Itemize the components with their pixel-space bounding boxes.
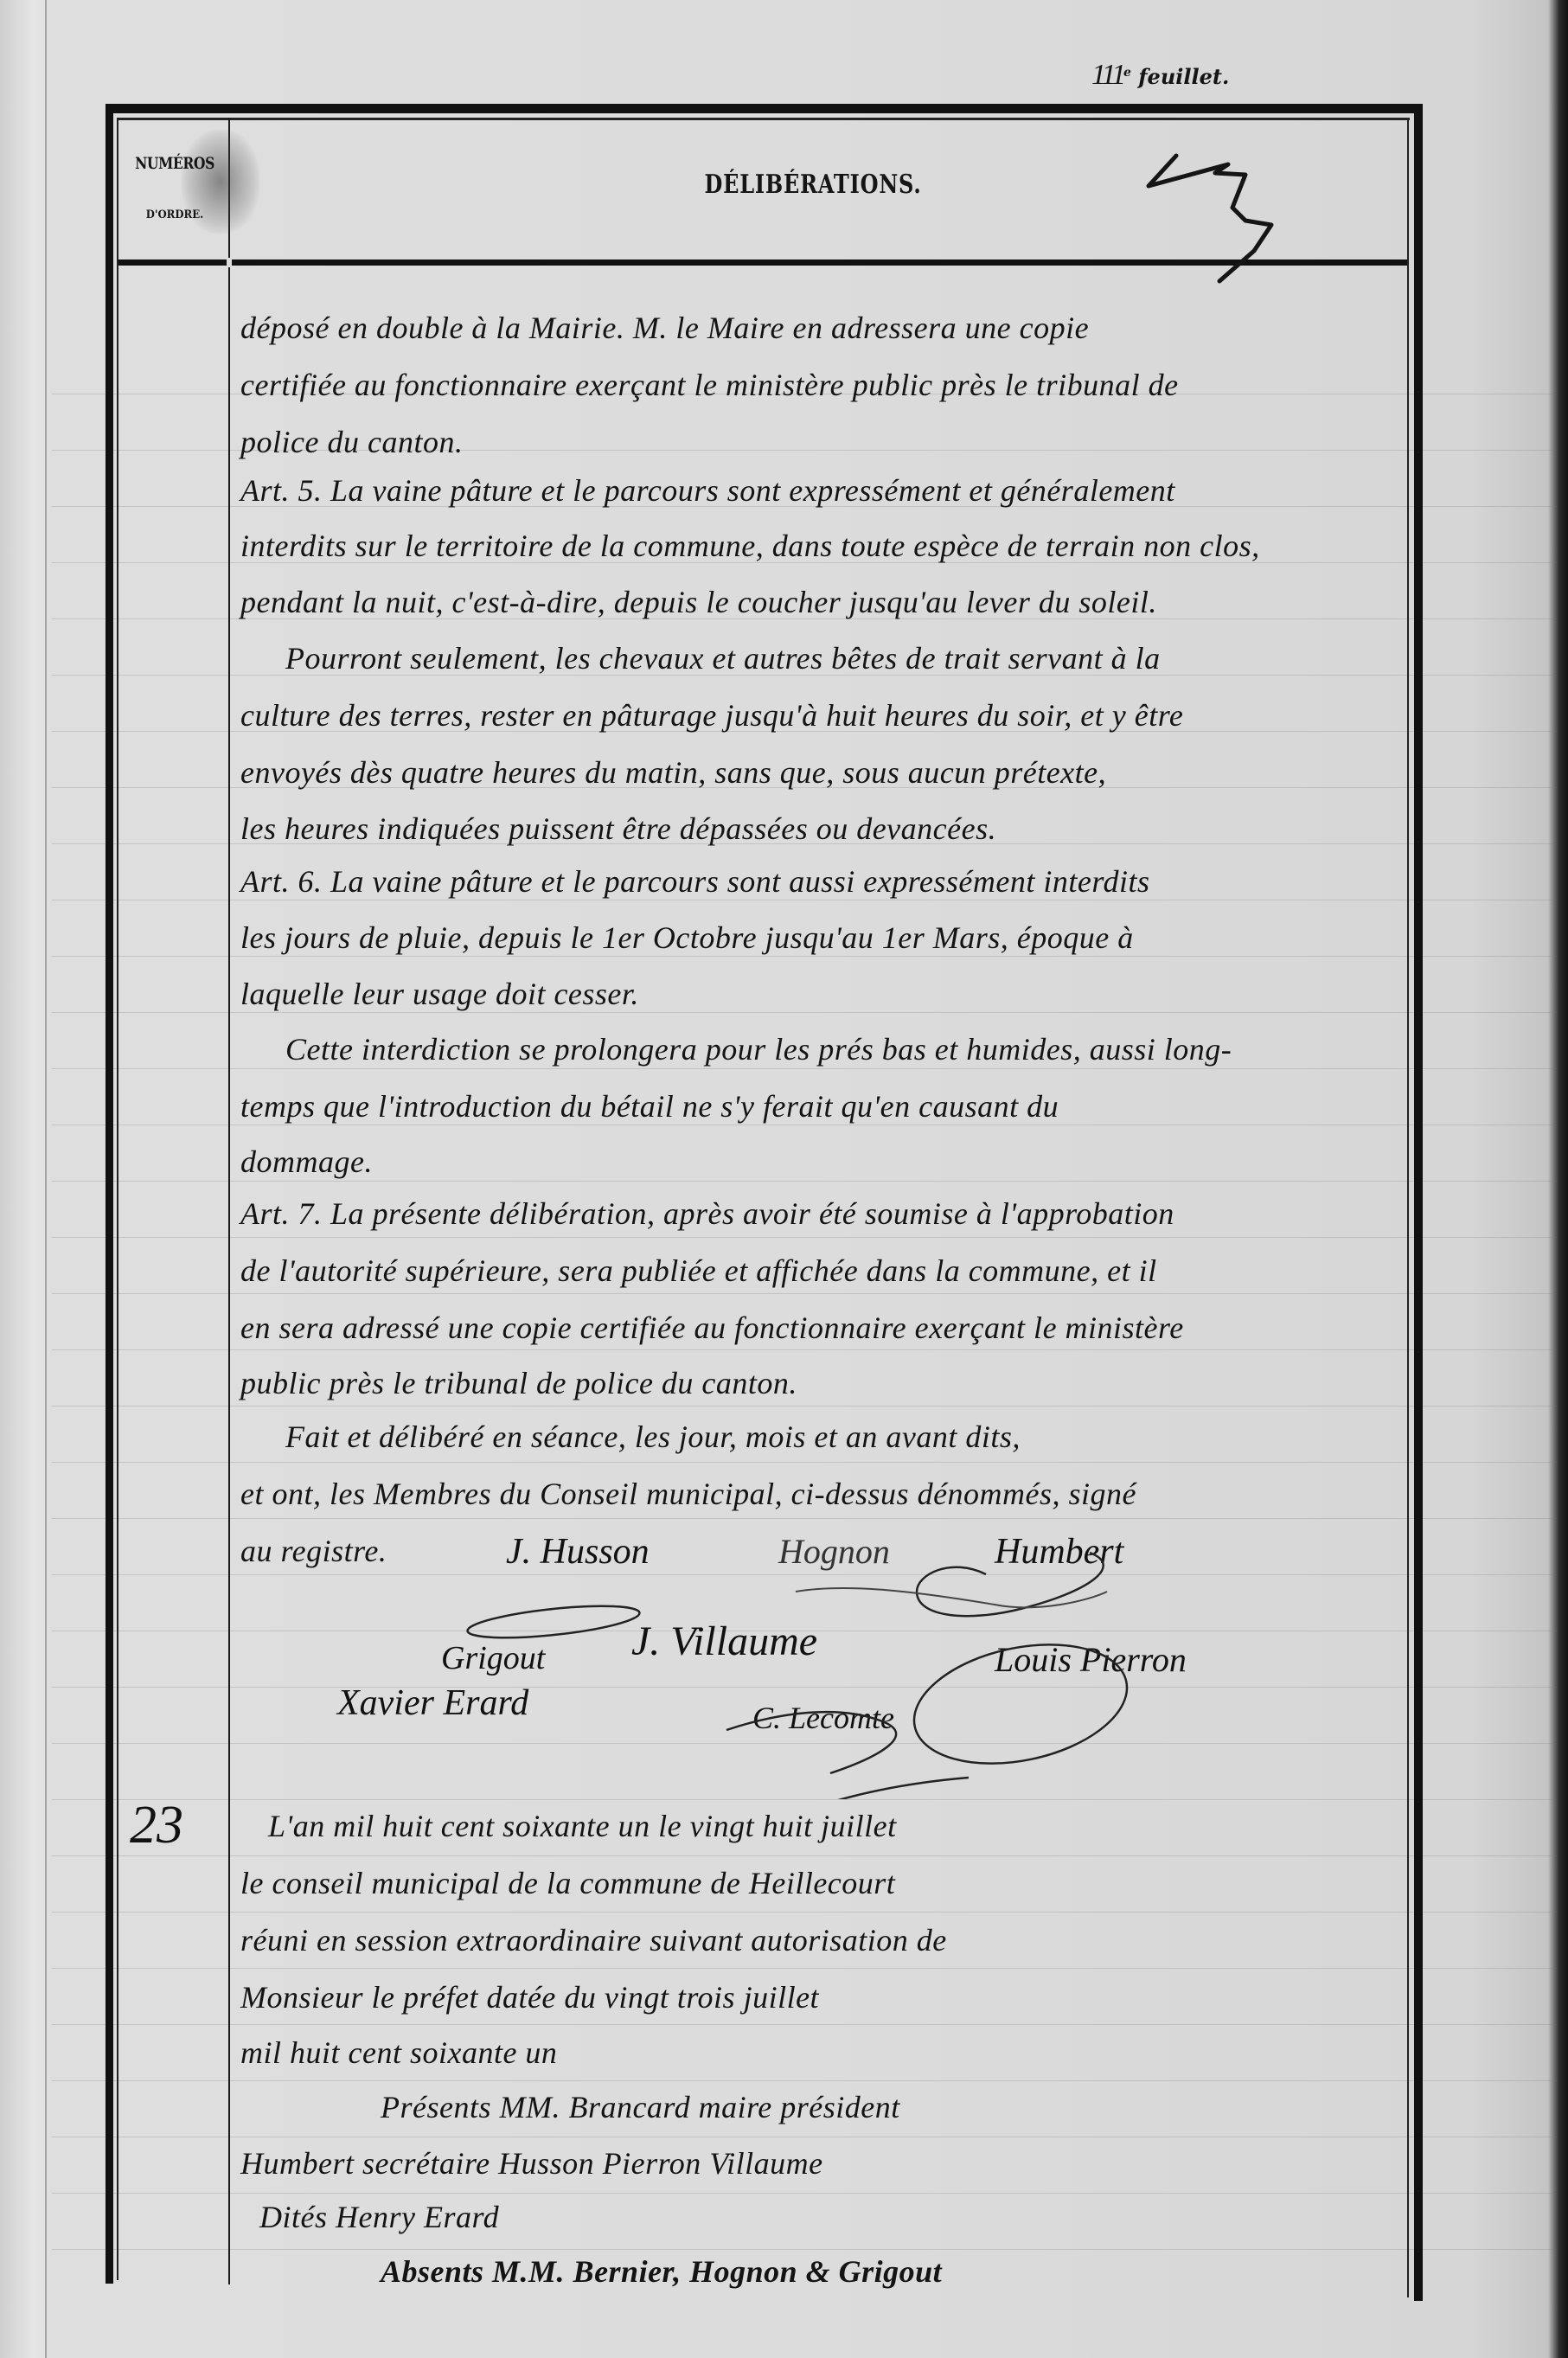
text-line: laquelle leur usage doit cesser.: [240, 976, 1404, 1012]
folio-suffix: e: [1123, 66, 1131, 80]
folio-label: feuillet.: [1138, 64, 1229, 89]
article-6-line: Art. 6. La vaine pâture et le parcours s…: [240, 863, 1404, 900]
text-line: déposé en double à la Mairie. M. le Mair…: [240, 310, 1404, 346]
ruled-line: [52, 1518, 1557, 1519]
page-binding-edge: [45, 0, 47, 2358]
text-line: interdits sur le territoire de la commun…: [240, 528, 1404, 564]
entry-text-line: Dités Henry Erard: [259, 2199, 1423, 2235]
frame-inner-right: [1407, 118, 1409, 2297]
entry-text-line: mil huit cent soixante un: [240, 2034, 1404, 2071]
ruled-line: [52, 1912, 1557, 1913]
text-line: pendant la nuit, c'est-à-dire, depuis le…: [240, 584, 1404, 620]
header-divider-gap: [227, 258, 232, 267]
text-line: Fait et délibéré en séance, les jour, mo…: [285, 1419, 1449, 1455]
ruled-line: [52, 1968, 1557, 1969]
column-header-deliberations: DÉLIBÉRATIONS.: [647, 170, 979, 200]
ruled-line: [52, 1293, 1557, 1294]
frame-border-left: [106, 104, 113, 2284]
ruled-line: [52, 1237, 1557, 1238]
text-line: de l'autorité supérieure, sera publiée e…: [240, 1253, 1404, 1289]
text-line: envoyés dès quatre heures du matin, sans…: [240, 754, 1404, 791]
text-line: dommage.: [240, 1144, 1404, 1180]
text-line: temps que l'introduction du bétail ne s'…: [240, 1088, 1404, 1125]
entry-text-line: Monsieur le préfet datée du vingt trois …: [240, 1979, 1404, 2015]
article-5-line: Art. 5. La vaine pâture et le parcours s…: [240, 472, 1404, 509]
ruled-line: [52, 2193, 1557, 2194]
ruled-line: [52, 2137, 1557, 2137]
text-line: en sera adressé une copie certifiée au f…: [240, 1310, 1404, 1346]
register-page: 111e feuillet. NUMÉROS D'ORDRE. DÉLIBÉRA…: [0, 0, 1568, 2358]
ruled-line: [52, 1181, 1557, 1182]
text-line: les heures indiquées puissent être dépas…: [240, 811, 1404, 847]
text-line: les jours de pluie, depuis le 1er Octobr…: [240, 919, 1404, 956]
text-line: Cette interdiction se prolongera pour le…: [285, 1031, 1449, 1067]
paraph-mark: [1124, 138, 1332, 294]
entry-text-line: Présents MM. Brancard maire président: [381, 2089, 1544, 2125]
entry-text-line: Absents M.M. Bernier, Hognon & Grigout: [381, 2253, 1544, 2290]
frame-border-top: [106, 104, 1423, 113]
ruled-line: [52, 956, 1557, 957]
ruled-line: [52, 1349, 1557, 1350]
entry-text-line: L'an mil huit cent soixante un le vingt …: [268, 1808, 1431, 1844]
entry-text-line: Humbert secrétaire Husson Pierron Villau…: [240, 2145, 1404, 2182]
ruled-line: [52, 2080, 1557, 2081]
text-line: culture des terres, rester en pâturage j…: [240, 697, 1404, 734]
column-header-dordre: D'ORDRE.: [126, 208, 223, 221]
entry-text-line: le conseil municipal de la commune de He…: [240, 1865, 1404, 1901]
text-line: Pourront seulement, les chevaux et autre…: [285, 640, 1449, 676]
folio-number-value: 111: [1091, 59, 1123, 91]
text-line: et ont, les Membres du Conseil municipal…: [240, 1476, 1404, 1512]
column-header-numeros: NUMÉROS: [131, 154, 219, 173]
text-line: police du canton.: [240, 424, 1404, 460]
ruled-line: [52, 1406, 1557, 1406]
ruled-line: [52, 1012, 1557, 1013]
column-divider: [228, 118, 230, 2284]
ruled-line: [52, 1068, 1557, 1069]
ruled-line: [52, 2249, 1557, 2250]
signature-flourish: [432, 1540, 1211, 1799]
ruled-line: [52, 1125, 1557, 1125]
text-line: public près le tribunal de police du can…: [240, 1365, 1404, 1401]
entry-text-line: réuni en session extraordinaire suivant …: [240, 1922, 1404, 1958]
entry-number: 23: [130, 1795, 183, 1856]
text-line: certifiée au fonctionnaire exerçant le m…: [240, 367, 1404, 403]
article-7-line: Art. 7. La présente délibération, après …: [240, 1195, 1404, 1232]
folio-number: 111e feuillet.: [1091, 59, 1229, 92]
ruled-line: [52, 2024, 1557, 2025]
ruled-line: [52, 1799, 1557, 1800]
frame-border-right: [1414, 104, 1423, 2301]
ruled-line: [52, 1462, 1557, 1463]
ruled-line: [52, 900, 1557, 900]
frame-inner-left: [117, 118, 118, 2280]
ruled-line: [52, 1855, 1557, 1856]
frame-inner-top: [117, 118, 1410, 120]
